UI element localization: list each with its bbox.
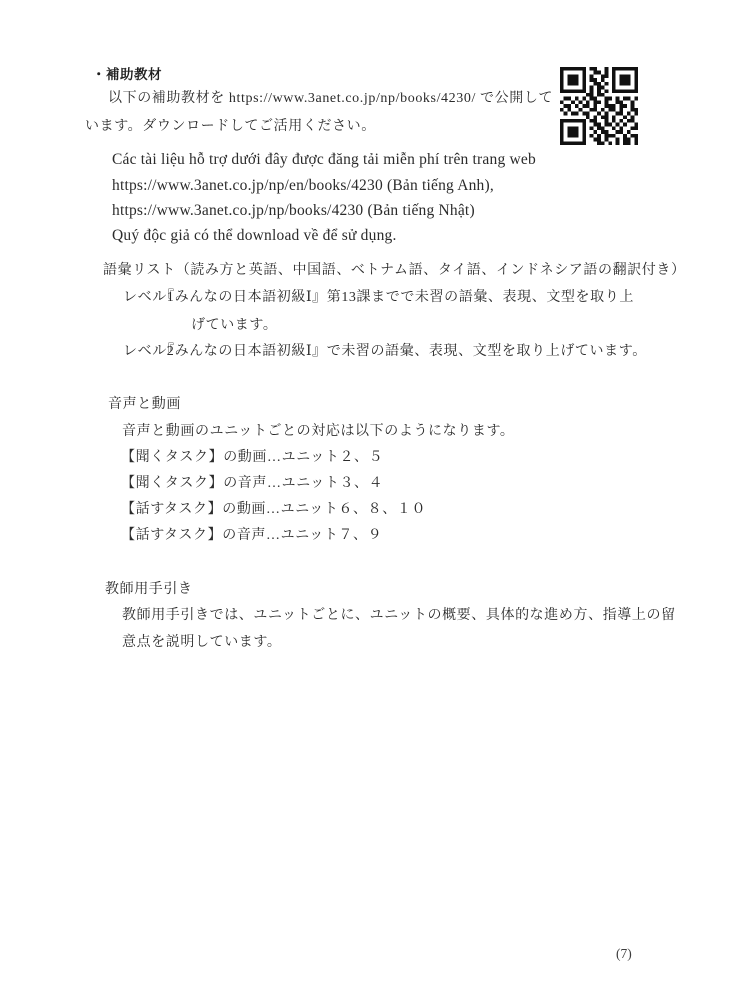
page-number: (7) xyxy=(616,946,632,962)
audio-video-intro: 音声と動画のユニットごとの対応は以下のようになります。 xyxy=(122,424,515,440)
supplementary-intro-line-1: 以下の補助教材を https://www.3anet.co.jp/np/book… xyxy=(108,91,553,107)
vocab-level1-line-2: げています。 xyxy=(191,318,277,334)
audio-video-item-speaking-video: 【話すタスク】の動画…ユニット６、８、１０ xyxy=(121,502,426,518)
audio-video-item-speaking-audio: 【話すタスク】の音声…ユニット７、９ xyxy=(121,528,382,544)
vocab-level2-line-1: 『みんなの日本語初級Ⅰ』で未習の語彙、表現、文型を取り上げています。 xyxy=(160,344,647,360)
vietnamese-line-3-url-japanese: https://www.3anet.co.jp/np/books/4230 (B… xyxy=(112,202,475,220)
vietnamese-line-2-url-english: https://www.3anet.co.jp/np/en/books/4230… xyxy=(112,177,494,195)
qr-code xyxy=(560,67,638,145)
vietnamese-line-1: Các tài liệu hỗ trợ dưới đây được đăng t… xyxy=(112,151,536,169)
audio-video-heading: 音声と動画 xyxy=(108,397,181,413)
teacher-guide-line-2: 意点を説明しています。 xyxy=(122,635,281,651)
vietnamese-line-4: Quý độc giả có thể download về để sử dụn… xyxy=(112,227,397,245)
vocab-list-heading: 語彙リスト（読み方と英語、中国語、ベトナム語、タイ語、インドネシア語の翻訳付き） xyxy=(103,263,686,279)
supplementary-intro-line-2: います。ダウンロードしてご活用ください。 xyxy=(85,119,376,135)
teacher-guide-line-1: 教師用手引きでは、ユニットごとに、ユニットの概要、具体的な進め方、指導上の留 xyxy=(122,608,676,624)
audio-video-item-listening-video: 【聞くタスク】の動画…ユニット２、５ xyxy=(121,450,383,466)
audio-video-item-listening-audio: 【聞くタスク】の音声…ユニット３、４ xyxy=(121,476,383,492)
supplementary-materials-heading: ・補助教材 xyxy=(92,63,162,83)
vocab-level1-line-1: 『みんなの日本語初級Ⅰ』第13課までで未習の語彙、表現、文型を取り上 xyxy=(160,290,634,306)
teacher-guide-heading: 教師用手引き xyxy=(105,582,193,598)
